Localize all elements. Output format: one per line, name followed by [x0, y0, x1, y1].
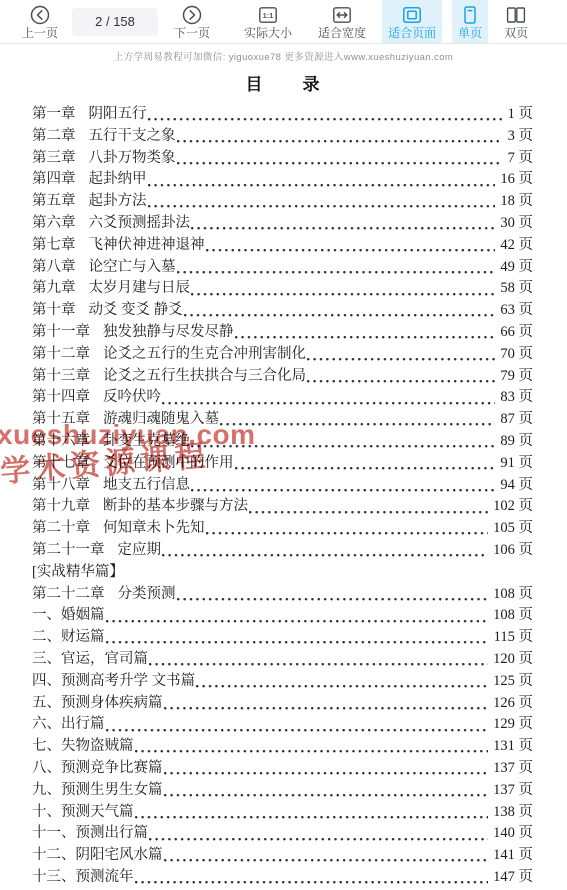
toc-row: 八、预测竞争比赛篇137 页 — [32, 758, 533, 780]
toc-entry-title: 地支五行信息 — [103, 475, 190, 497]
toc-chapter-label: 第八章 — [32, 257, 76, 279]
toc-dot-leader — [164, 780, 489, 802]
next-page-button[interactable]: 下一页 — [168, 0, 216, 44]
toc-page-number: 108 页 — [493, 605, 533, 627]
toc-entry-title: 阴阳五行 — [89, 104, 147, 126]
toc-row: 第十五章游魂归魂随鬼入墓87 页 — [32, 409, 533, 431]
toc-page-number: 115 页 — [494, 627, 533, 649]
toc-chapter-label: 第十六章 — [32, 431, 90, 453]
toc-dot-leader — [148, 169, 496, 191]
toc-row: 三、官运，官司篇120 页 — [32, 649, 533, 671]
toc-page-number: 1 页 — [508, 104, 533, 126]
toc-dot-leader — [177, 126, 503, 148]
toc-row: 十一、预测出行篇140 页 — [32, 823, 533, 845]
toc-row: 第五章起卦方法18 页 — [32, 191, 533, 213]
page-header-note: 上方学周易教程可加微信: yiguoxue78 更多资源进入www.xueshu… — [0, 44, 567, 63]
toc-chapter-label: 第二十章 — [32, 518, 90, 540]
toc-page-number: 49 页 — [500, 257, 533, 279]
prev-page-label: 上一页 — [22, 27, 58, 40]
toc-page-number: 30 页 — [500, 213, 533, 235]
toc-page-number: 102 页 — [493, 496, 533, 518]
toc-page-number: 138 页 — [493, 802, 533, 824]
toc-dot-leader — [191, 278, 495, 300]
toc-dot-leader — [106, 714, 489, 736]
toc-dot-leader — [106, 605, 489, 627]
page-title: 目 录 — [0, 70, 567, 95]
toc-row: 第六章六爻预测摇卦法30 页 — [32, 213, 533, 235]
toc-entry-title: 八卦万物类象 — [89, 148, 176, 170]
fit-page-label: 适合页面 — [388, 27, 436, 40]
toc-dot-leader — [125, 562, 528, 584]
toc-page-number: 42 页 — [500, 235, 533, 257]
toc-entry-title: 起卦纳甲 — [89, 169, 147, 191]
toc-chapter-label: 第五章 — [32, 191, 76, 213]
toc-page-number: 140 页 — [493, 823, 533, 845]
toc-page-number: 147 页 — [493, 867, 533, 889]
toc-row: 第十七章爻位在预测中的作用91 页 — [32, 453, 533, 475]
toc-entry-title: 动爻 变爻 静爻 — [89, 300, 183, 322]
toc-row: 五、预测身体疾病篇126 页 — [32, 693, 533, 715]
toc-dot-leader — [249, 496, 488, 518]
toc-row: 九、预测生男生女篇137 页 — [32, 780, 533, 802]
toc-chapter-label: 第十九章 — [32, 496, 90, 518]
toc-dot-leader — [135, 802, 489, 824]
toc-dot-leader — [164, 845, 489, 867]
toc-entry-title: 十三、预测流年 — [32, 867, 134, 889]
toc-entry-title: 二、财运篇 — [32, 627, 105, 649]
toc-page-number: 105 页 — [493, 518, 533, 540]
toc-dot-leader — [191, 213, 495, 235]
fit-width-button[interactable]: 适合宽度 — [312, 0, 372, 44]
toc-page-number: 108 页 — [493, 584, 533, 606]
toc-row: 二、财运篇115 页 — [32, 627, 533, 649]
toc-row: 第十二章论爻之五行的生克合冲刑害制化70 页 — [32, 344, 533, 366]
toc-entry-title: 十、预测天气篇 — [32, 802, 134, 824]
toc-dot-leader — [220, 409, 495, 431]
fit-width-icon — [331, 4, 353, 26]
toc-dot-leader — [164, 758, 489, 780]
toc-row: 第一章阴阳五行1 页 — [32, 104, 533, 126]
toc-dot-leader — [162, 387, 495, 409]
toc-entry-title: 十一、预测出行篇 — [32, 823, 148, 845]
toc-row: 第十八章地支五行信息94 页 — [32, 475, 533, 497]
toc-chapter-label: 第十五章 — [32, 409, 90, 431]
toc-chapter-label: 第四章 — [32, 169, 76, 191]
toc-dot-leader — [184, 300, 496, 322]
toc-dot-leader — [149, 649, 488, 671]
toc-entry-title: 断卦的基本步骤与方法 — [103, 496, 248, 518]
single-page-icon — [459, 4, 481, 26]
toc-page-number: 66 页 — [500, 322, 533, 344]
toc-dot-leader — [148, 104, 503, 126]
double-page-button[interactable]: 双页 — [498, 0, 534, 44]
toc-page-number: 129 页 — [493, 714, 533, 736]
page-number-input[interactable] — [72, 8, 158, 36]
toc-chapter-label: 第二十一章 — [32, 540, 105, 562]
toc-dot-leader — [191, 431, 495, 453]
toc-entry-title: 一、婚姻篇 — [32, 605, 105, 627]
toc-dot-leader — [177, 148, 503, 170]
toc-dot-leader — [135, 867, 489, 889]
toc-entry-title: 五行干支之象 — [89, 126, 176, 148]
toc-dot-leader — [135, 736, 489, 758]
toc-list: 第一章阴阳五行1 页 第二章五行干支之象3 页 第三章八卦万物类象7 页 第四章… — [0, 104, 567, 889]
toc-page-number: 87 页 — [500, 409, 533, 431]
toc-page-number: 131 页 — [493, 736, 533, 758]
toc-entry-title: 反吟伏吟 — [103, 387, 161, 409]
toc-entry-title: 论爻之五行的生克合冲刑害制化 — [103, 344, 306, 366]
toc-chapter-label: 第十七章 — [32, 453, 90, 475]
prev-page-button[interactable]: 上一页 — [16, 0, 64, 44]
toc-entry-title: [实战精华篇】 — [32, 562, 124, 584]
toc-chapter-label: 第七章 — [32, 235, 76, 257]
toc-page-number: 137 页 — [493, 780, 533, 802]
toc-row: 第三章八卦万物类象7 页 — [32, 148, 533, 170]
toc-row: [实战精华篇】 — [32, 562, 533, 584]
toc-page-number: 141 页 — [493, 845, 533, 867]
toc-dot-leader — [149, 823, 488, 845]
toc-page-number: 91 页 — [500, 453, 533, 475]
toc-entry-title: 飞神伏神进神退神 — [89, 235, 205, 257]
toc-page-number: 83 页 — [500, 387, 533, 409]
double-page-icon — [505, 4, 527, 26]
toc-entry-title: 独发独静与尽发尽静 — [103, 322, 234, 344]
toc-chapter-label: 第一章 — [32, 104, 76, 126]
toc-chapter-label: 第九章 — [32, 278, 76, 300]
toc-page-number: 79 页 — [500, 366, 533, 388]
toc-row: 十三、预测流年147 页 — [32, 867, 533, 889]
toc-page-number: 7 页 — [508, 148, 533, 170]
actual-size-label: 实际大小 — [244, 27, 292, 40]
toc-row: 第二十二章分类预测108 页 — [32, 584, 533, 606]
toc-dot-leader — [162, 540, 488, 562]
toc-row: 第九章太岁月建与日辰58 页 — [32, 278, 533, 300]
toc-row: 第四章起卦纳甲16 页 — [32, 169, 533, 191]
toc-row: 第二十章何知章未卜先知105 页 — [32, 518, 533, 540]
fit-page-icon — [401, 4, 423, 26]
toc-row: 第十一章独发独静与尽发尽静66 页 — [32, 322, 533, 344]
toc-chapter-label: 第二十二章 — [32, 584, 105, 606]
toc-chapter-label: 第二章 — [32, 126, 76, 148]
toc-row: 第十九章断卦的基本步骤与方法102 页 — [32, 496, 533, 518]
toc-page-number: 58 页 — [500, 278, 533, 300]
toc-row: 第二十一章定应期106 页 — [32, 540, 533, 562]
toc-entry-title: 六、出行篇 — [32, 714, 105, 736]
toc-row: 第十四章反吟伏吟83 页 — [32, 387, 533, 409]
toc-entry-title: 五、预测身体疾病篇 — [32, 693, 163, 715]
toc-page-number: 94 页 — [500, 475, 533, 497]
toc-row: 第十章动爻 变爻 静爻63 页 — [32, 300, 533, 322]
toc-dot-leader — [307, 366, 495, 388]
toc-page-number: 125 页 — [493, 671, 533, 693]
toc-row: 一、婚姻篇108 页 — [32, 605, 533, 627]
toc-entry-title: 三、官运，官司篇 — [32, 649, 148, 671]
prev-page-icon — [29, 4, 51, 26]
toc-row: 七、失物盗贼篇131 页 — [32, 736, 533, 758]
toc-row: 六、出行篇129 页 — [32, 714, 533, 736]
toc-row: 第七章飞神伏神进神退神42 页 — [32, 235, 533, 257]
toc-chapter-label: 第十三章 — [32, 366, 90, 388]
toc-dot-leader — [191, 475, 495, 497]
actual-size-icon: 1:1 — [257, 4, 279, 26]
toc-dot-leader — [206, 235, 496, 257]
toc-dot-leader — [206, 518, 489, 540]
toc-row: 十、预测天气篇138 页 — [32, 802, 533, 824]
pdf-page: 上方学周易教程可加微信: yiguoxue78 更多资源进入www.xueshu… — [0, 44, 567, 890]
next-page-icon — [181, 4, 203, 26]
toc-row: 第二章五行干支之象3 页 — [32, 126, 533, 148]
toc-dot-leader — [307, 344, 495, 366]
toc-dot-leader — [177, 257, 496, 279]
svg-text:1:1: 1:1 — [263, 10, 273, 19]
toc-dot-leader — [235, 322, 496, 344]
toc-entry-title: 起卦方法 — [89, 191, 147, 213]
toc-row: 四、预测高考升学 文书篇125 页 — [32, 671, 533, 693]
toc-dot-leader — [106, 627, 489, 649]
toc-page-number: 70 页 — [500, 344, 533, 366]
toc-chapter-label: 第三章 — [32, 148, 76, 170]
toc-entry-title: 定应期 — [118, 540, 162, 562]
toc-entry-title: 六爻预测摇卦法 — [89, 213, 191, 235]
toc-chapter-label: 第十二章 — [32, 344, 90, 366]
toc-chapter-label: 第十八章 — [32, 475, 90, 497]
toc-page-number: 16 页 — [500, 169, 533, 191]
toc-entry-title: 十二、阴阳宅风水篇 — [32, 845, 163, 867]
toc-chapter-label: 第六章 — [32, 213, 76, 235]
toc-chapter-label: 第十章 — [32, 300, 76, 322]
toc-entry-title: 论爻之五行生扶拱合与三合化局 — [103, 366, 306, 388]
double-page-label: 双页 — [504, 27, 528, 40]
toc-chapter-label: 第十四章 — [32, 387, 90, 409]
toc-dot-leader — [177, 584, 489, 606]
toc-page-number: 89 页 — [500, 431, 533, 453]
toc-entry-title: 七、失物盗贼篇 — [32, 736, 134, 758]
single-page-label: 单页 — [458, 27, 482, 40]
fit-page-button[interactable]: 适合页面 — [382, 0, 442, 44]
toc-page-number: 3 页 — [508, 126, 533, 148]
toc-entry-title: 八、预测竞争比赛篇 — [32, 758, 163, 780]
toc-entry-title: 论空亡与入墓 — [89, 257, 176, 279]
toc-page-number: 106 页 — [493, 540, 533, 562]
toc-page-number: 137 页 — [493, 758, 533, 780]
toc-entry-title: 九、预测生男生女篇 — [32, 780, 163, 802]
toc-entry-title: 分类预测 — [118, 584, 176, 606]
toc-dot-leader — [148, 191, 496, 213]
toc-row: 第十六章卦变生克墓绝89 页 — [32, 431, 533, 453]
toc-page-number: 126 页 — [493, 693, 533, 715]
toc-chapter-label: 第十一章 — [32, 322, 90, 344]
toc-dot-leader — [164, 693, 489, 715]
toc-entry-title: 游魂归魂随鬼入墓 — [103, 409, 219, 431]
fit-width-label: 适合宽度 — [318, 27, 366, 40]
toc-entry-title: 四、预测高考升学 文书篇 — [32, 671, 195, 693]
toc-entry-title: 何知章未卜先知 — [103, 518, 205, 540]
toc-dot-leader — [196, 671, 488, 693]
toc-page-number: 120 页 — [493, 649, 533, 671]
toc-entry-title: 卦变生克墓绝 — [103, 431, 190, 453]
toc-row: 第十三章论爻之五行生扶拱合与三合化局79 页 — [32, 366, 533, 388]
toc-page-number: 63 页 — [500, 300, 533, 322]
toc-page-number: 18 页 — [500, 191, 533, 213]
single-page-button[interactable]: 单页 — [452, 0, 488, 44]
actual-size-button[interactable]: 1:1 实际大小 — [238, 0, 298, 44]
toc-entry-title: 太岁月建与日辰 — [89, 278, 191, 300]
toc-entry-title: 爻位在预测中的作用 — [103, 453, 234, 475]
pdf-viewer-toolbar: 上一页 下一页 1:1 实际大小 适合宽度 — [0, 0, 567, 44]
toc-dot-leader — [235, 453, 496, 475]
toc-row: 十二、阴阳宅风水篇141 页 — [32, 845, 533, 867]
toc-row: 第八章论空亡与入墓49 页 — [32, 257, 533, 279]
next-page-label: 下一页 — [174, 27, 210, 40]
